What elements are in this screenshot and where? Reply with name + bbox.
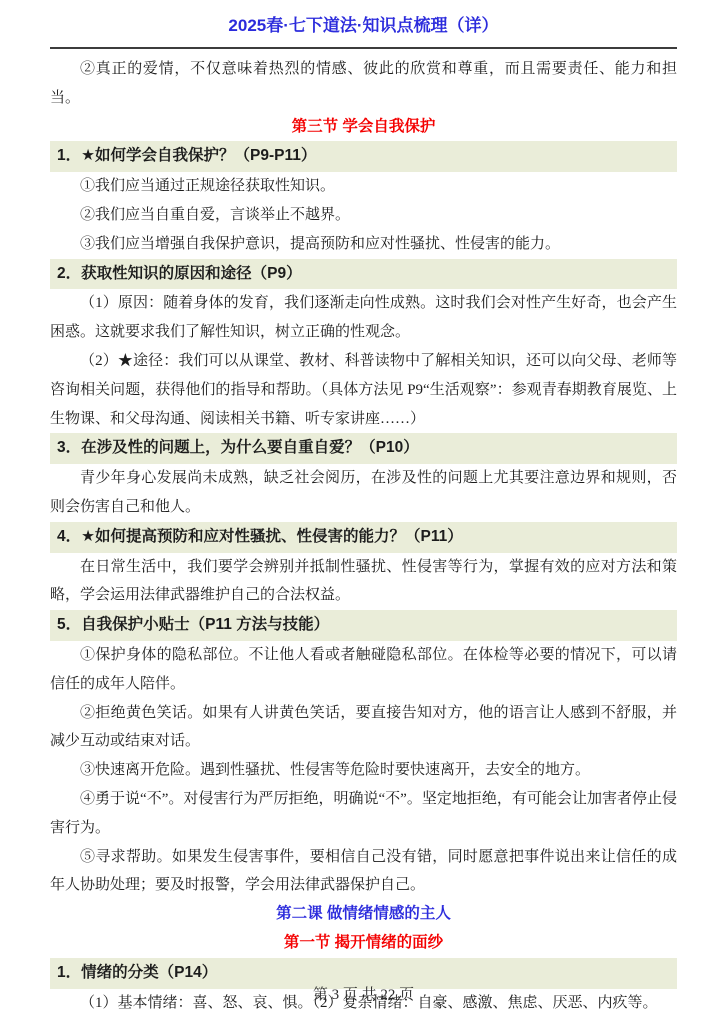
section-title-emotion-veil: 第一节 揭开情绪的面纱 bbox=[50, 929, 677, 958]
paragraph-tip5-seek-help: ⑤寻求帮助。如果发生侵害事件，要相信自己没有错，同时愿意把事件说出来让信任的成年… bbox=[50, 843, 677, 901]
paragraph-true-love: ②真正的爱情，不仅意味着热烈的情感、彼此的欣赏和尊重，而且需要责任、能力和担当。 bbox=[50, 55, 677, 113]
paragraph-q4-answer: 在日常生活中，我们要学会辨别并抵制性骚扰、性侵害等行为，掌握有效的应对方法和策略… bbox=[50, 553, 677, 611]
chapter-title-emotions: 第二课 做情绪情感的主人 bbox=[50, 900, 677, 929]
heading-q3-self-respect: 3．在涉及性的问题上，为什么要自重自爱？（P10） bbox=[50, 433, 677, 464]
heading-q5-protection-tips: 5．自我保护小贴士（P11 方法与技能） bbox=[50, 610, 677, 641]
document-page: 2025春·七下道法·知识点梳理（详） ②真正的爱情，不仅意味着热烈的情感、彼此… bbox=[0, 0, 727, 1024]
header-divider bbox=[50, 47, 677, 49]
page-header: 2025春·七下道法·知识点梳理（详） bbox=[0, 0, 727, 49]
paragraph-q2-ways: （2）★途径：我们可以从课堂、教材、科普读物中了解相关知识，还可以向父母、老师等… bbox=[50, 347, 677, 433]
page-number: 第 3 页 共 22 页 bbox=[0, 983, 727, 1004]
paragraph-tip4-say-no: ④勇于说“不”。对侵害行为严厉拒绝，明确说“不”。坚定地拒绝，有可能会让加害者停… bbox=[50, 785, 677, 843]
paragraph-tip2-refuse-jokes: ②拒绝黄色笑话。如果有人讲黄色笑话，要直接告知对方，他的语言让人感到不舒服，并减… bbox=[50, 699, 677, 757]
paragraph-q1-point3: ③我们应当增强自我保护意识，提高预防和应对性骚扰、性侵害的能力。 bbox=[50, 230, 677, 259]
paragraph-q3-answer: 青少年身心发展尚未成熟，缺乏社会阅历，在涉及性的问题上尤其要注意边界和规则，否则… bbox=[50, 464, 677, 522]
heading-q1-self-protection: 1．★如何学会自我保护？（P9-P11） bbox=[50, 141, 677, 172]
document-body: ②真正的爱情，不仅意味着热烈的情感、彼此的欣赏和尊重，而且需要责任、能力和担当。… bbox=[50, 55, 677, 1017]
paragraph-tip3-leave-danger: ③快速离开危险。遇到性骚扰、性侵害等危险时要快速离开，去安全的地方。 bbox=[50, 756, 677, 785]
header-title: 2025春·七下道法·知识点梳理（详） bbox=[0, 14, 727, 38]
section-title-self-protection: 第三节 学会自我保护 bbox=[50, 113, 677, 142]
paragraph-tip1-privacy: ①保护身体的隐私部位。不让他人看或者触碰隐私部位。在体检等必要的情况下，可以请信… bbox=[50, 641, 677, 699]
paragraph-q1-point2: ②我们应当自重自爱，言谈举止不越界。 bbox=[50, 201, 677, 230]
heading-q4-prevention-ability: 4．★如何提高预防和应对性骚扰、性侵害的能力？（P11） bbox=[50, 522, 677, 553]
paragraph-q1-point1: ①我们应当通过正规途径获取性知识。 bbox=[50, 172, 677, 201]
heading-q2-sex-knowledge: 2．获取性知识的原因和途径（P9） bbox=[50, 259, 677, 290]
paragraph-q2-reason: （1）原因：随着身体的发育，我们逐渐走向性成熟。这时我们会对性产生好奇，也会产生… bbox=[50, 289, 677, 347]
